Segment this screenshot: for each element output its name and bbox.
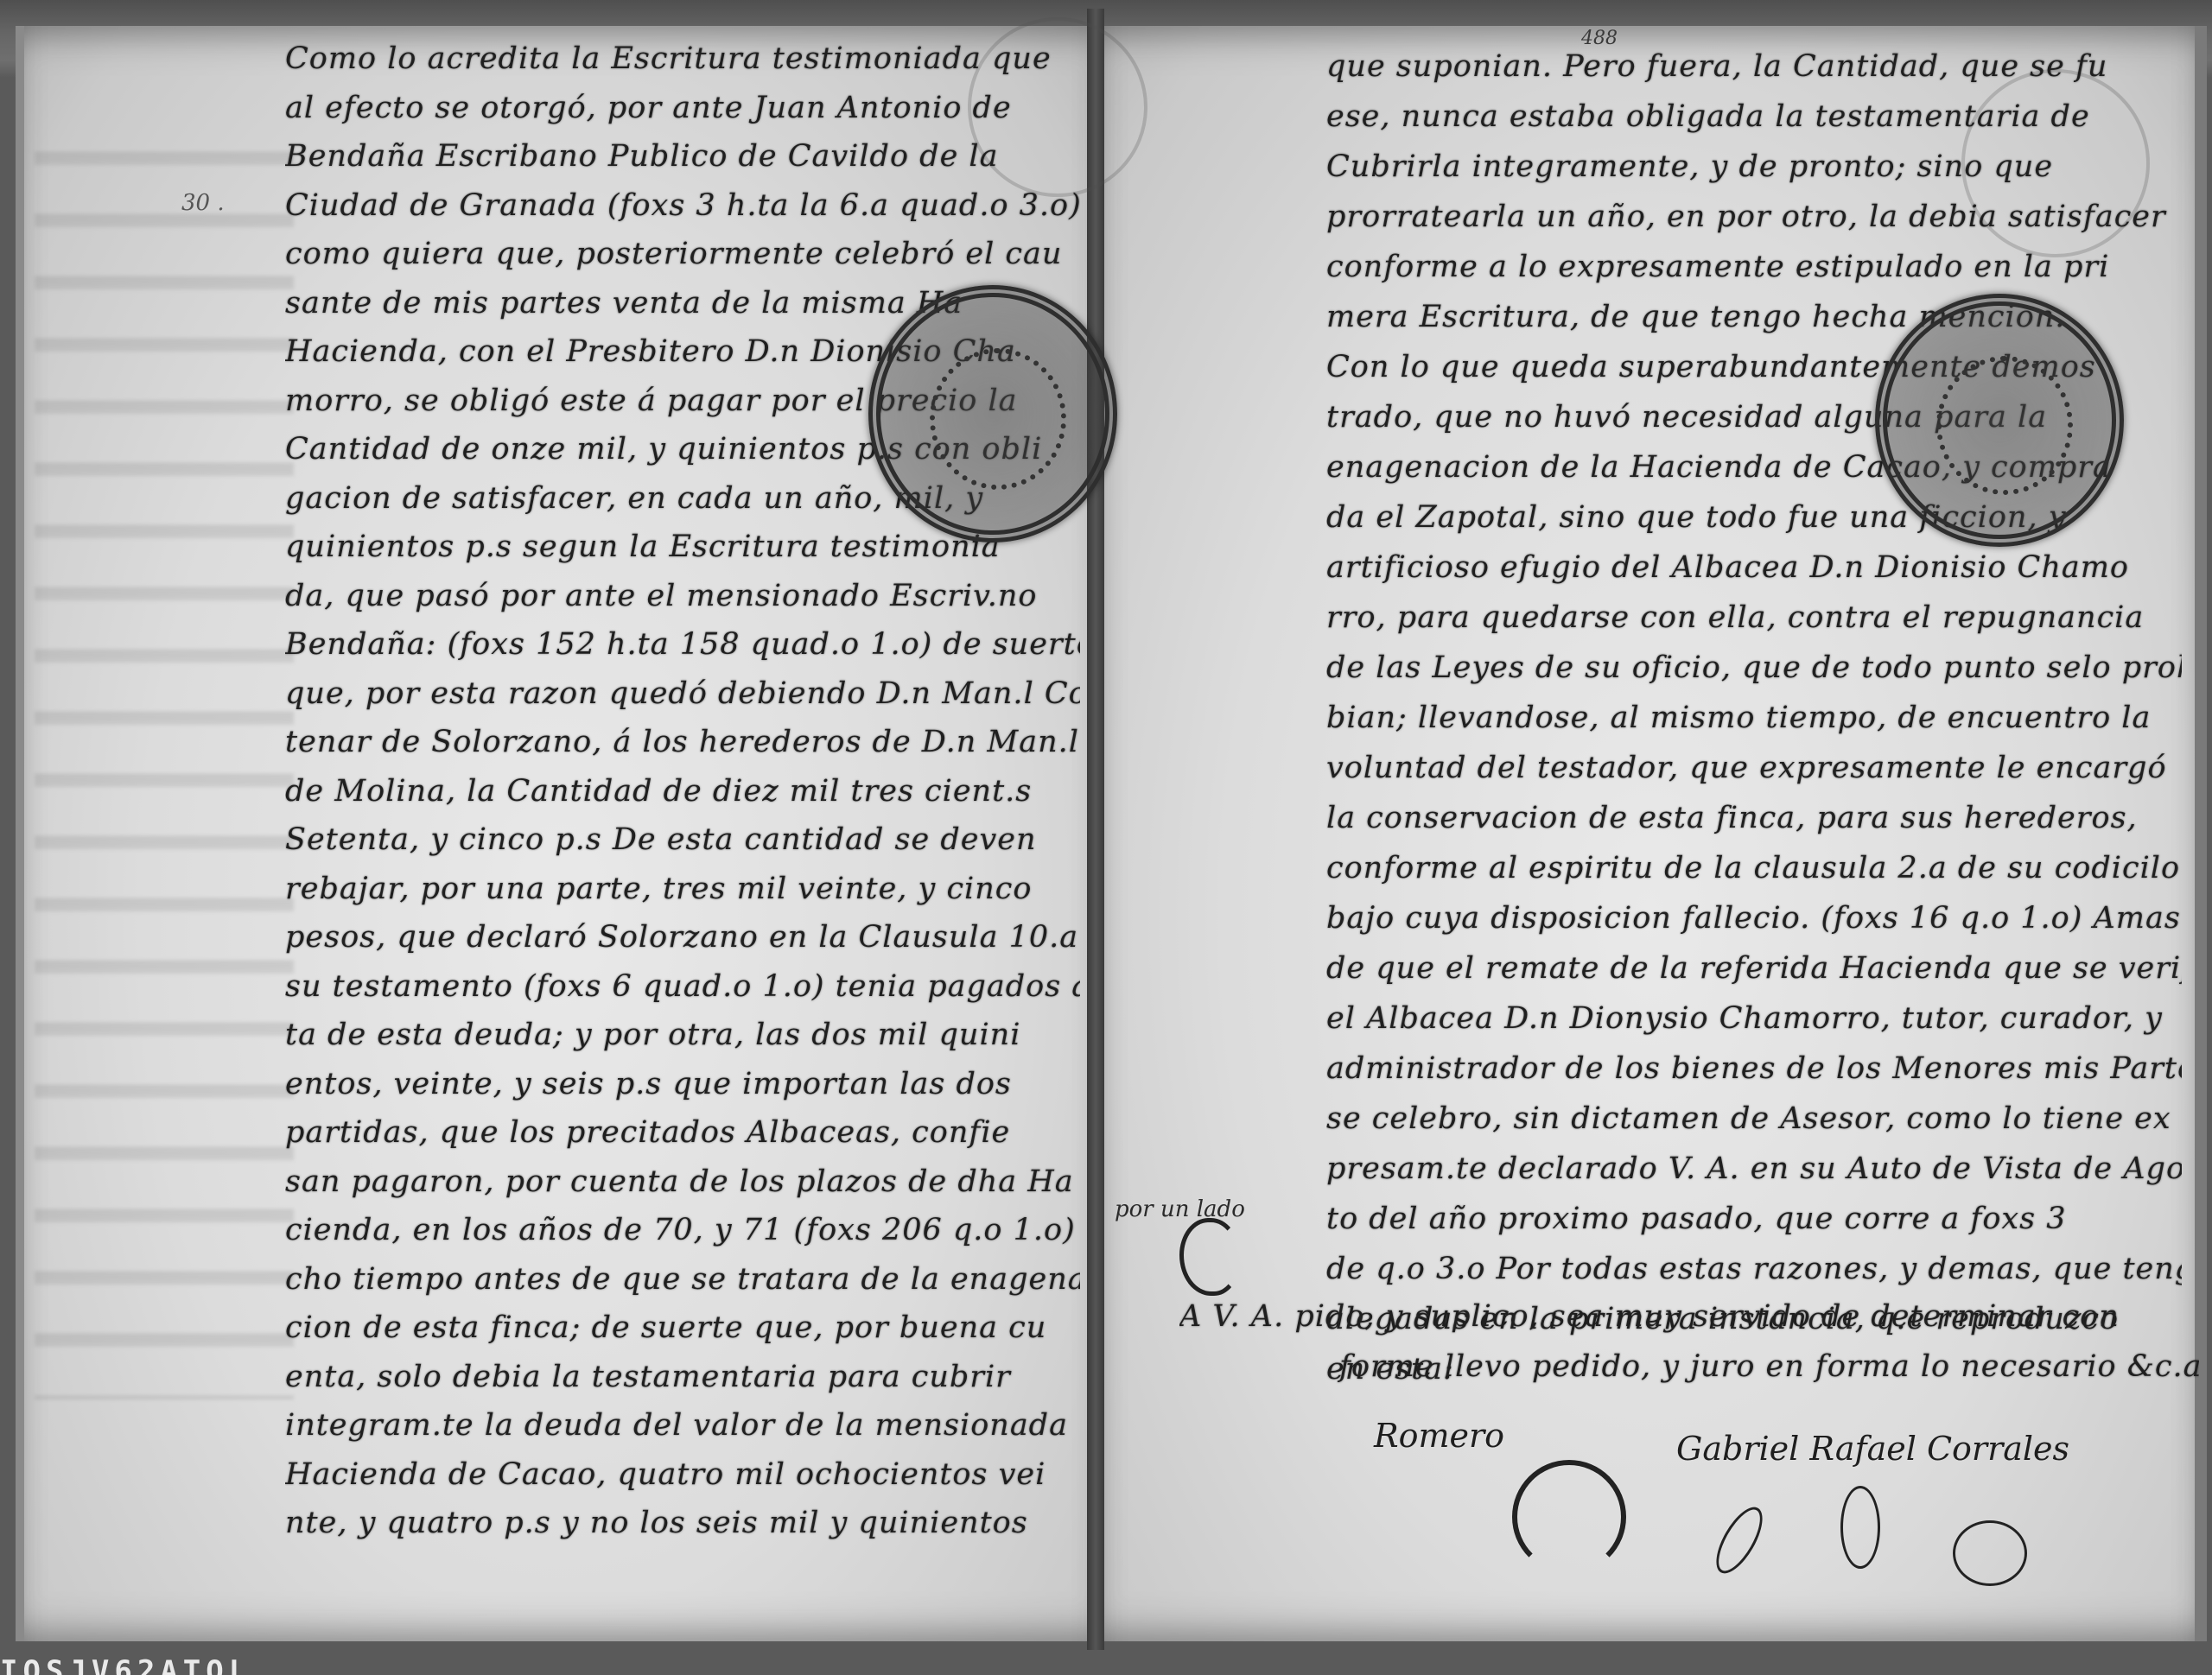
flourish-mark-icon xyxy=(1179,1218,1240,1296)
text-line: da, que pasó por ante el mensionado Escr… xyxy=(285,572,1080,621)
text-line: cienda, en los años de 70, y 71 (foxs 20… xyxy=(285,1206,1080,1255)
text-line: la conservacion de esta finca, para sus … xyxy=(1326,793,2182,843)
rubric-flourish-icon xyxy=(1512,1460,1626,1574)
text-line: presam.te declarado V. A. en su Auto de … xyxy=(1326,1144,2182,1194)
closing-petition: A V. A. pido, y suplico, sea muy servido… xyxy=(1179,1291,2199,1392)
text-line: su testamento (foxs 6 quad.o 1.o) tenia … xyxy=(285,962,1080,1012)
ink-seal-icon xyxy=(868,285,1117,542)
text-line: Cubrirla integramente, y de pronto; sino… xyxy=(1326,142,2182,192)
text-line: cho tiempo antes de que se tratara de la… xyxy=(285,1255,1080,1304)
text-line: ese, nunca estaba obligada la testamenta… xyxy=(1326,92,2182,142)
rubric-flourish-icon xyxy=(1953,1520,2027,1586)
text-line: como quiera que, posteriormente celebró … xyxy=(285,230,1080,279)
text-line: enta, solo debia la testamentaria para c… xyxy=(285,1353,1080,1402)
text-line: conforme al espiritu de la clausula 2.a … xyxy=(1326,843,2182,893)
text-line: A V. A. pido, y suplico, sea muy servido… xyxy=(1179,1291,2199,1342)
text-line: voluntad del testador, que expresamente … xyxy=(1326,743,2182,793)
text-line: pesos, que declaró Solorzano en la Claus… xyxy=(285,913,1080,962)
ink-seal-icon xyxy=(1875,294,2124,547)
text-line: que, por esta razon quedó debiendo D.n M… xyxy=(285,669,1080,719)
text-line: de que el remate de la referida Hacienda… xyxy=(1326,943,2182,993)
text-line: tenar de Solorzano, á los herederos de D… xyxy=(285,718,1080,767)
manuscript-spread: 30 . 488 Como lo acredita la Escritura t… xyxy=(0,0,2212,1675)
text-line: se celebro, sin dictamen de Asesor, como… xyxy=(1326,1094,2182,1144)
book-gutter xyxy=(1087,9,1104,1650)
text-line: Hacienda de Cacao, quatro mil ochociento… xyxy=(285,1450,1080,1500)
text-line: al efecto se otorgó, por ante Juan Anton… xyxy=(285,84,1080,133)
text-line: de las Leyes de su oficio, que de todo p… xyxy=(1326,643,2182,693)
signature: Gabriel Rafael Corrales xyxy=(1676,1430,2069,1468)
text-line: de Molina, la Cantidad de diez mil tres … xyxy=(285,767,1080,816)
text-line: conforme a lo expresamente estipulado en… xyxy=(1326,242,2182,292)
text-line: partidas, que los precitados Albaceas, c… xyxy=(285,1108,1080,1158)
show-through-ink xyxy=(35,104,294,1399)
text-line: entos, veinte, y seis p.s que importan l… xyxy=(285,1060,1080,1109)
text-line: Bendaña Escribano Publico de Cavildo de … xyxy=(285,132,1080,181)
text-line: que suponian. Pero fuera, la Cantidad, q… xyxy=(1326,41,2182,92)
text-line: to del año proximo pasado, que corre a f… xyxy=(1326,1194,2182,1244)
text-line: san pagaron, por cuenta de los plazos de… xyxy=(285,1158,1080,1207)
text-line: el Albacea D.n Dionysio Chamorro, tutor,… xyxy=(1326,993,2182,1044)
text-line: rebajar, por una parte, tres mil veinte,… xyxy=(285,865,1080,914)
rubric-flourish-icon xyxy=(1840,1486,1880,1569)
text-line: bian; llevandose, al mismo tiempo, de en… xyxy=(1326,693,2182,743)
text-line: prorratearla un año, en por otro, la deb… xyxy=(1326,192,2182,242)
left-margin-note: 30 . xyxy=(181,190,225,216)
text-line: de q.o 3.o Por todas estas razones, y de… xyxy=(1326,1244,2182,1294)
text-line: artificioso efugio del Albacea D.n Dioni… xyxy=(1326,542,2182,593)
text-line: nte, y quatro p.s y no los seis mil y qu… xyxy=(285,1499,1080,1548)
text-line: Bendaña: (foxs 152 h.ta 158 quad.o 1.o) … xyxy=(285,620,1080,669)
text-line: ta de esta deuda; y por otra, las dos mi… xyxy=(285,1011,1080,1060)
text-line: rro, para quedarse con ella, contra el r… xyxy=(1326,593,2182,643)
text-line: administrador de los bienes de los Menor… xyxy=(1326,1044,2182,1094)
text-line: Como lo acredita la Escritura testimonia… xyxy=(285,35,1080,84)
archive-film-label: IOSJV62ATOL xyxy=(0,1646,251,1675)
text-line: integram.te la deuda del valor de la men… xyxy=(285,1401,1080,1450)
text-line: Ciudad de Granada (foxs 3 h.ta la 6.a qu… xyxy=(285,181,1080,231)
text-line: forme llevo pedido, y juro en forma lo n… xyxy=(1179,1342,2199,1392)
right-page-text: que suponian. Pero fuera, la Cantidad, q… xyxy=(1326,41,2182,1394)
marginal-note: por un lado xyxy=(1115,1196,1245,1222)
signature: Romero xyxy=(1374,1417,1504,1455)
text-line: Setenta, y cinco p.s De esta cantidad se… xyxy=(285,815,1080,865)
text-line: bajo cuya disposicion fallecio. (foxs 16… xyxy=(1326,893,2182,943)
text-line: cion de esta finca; de suerte que, por b… xyxy=(285,1304,1080,1353)
left-page-text: Como lo acredita la Escritura testimonia… xyxy=(285,35,1080,1548)
